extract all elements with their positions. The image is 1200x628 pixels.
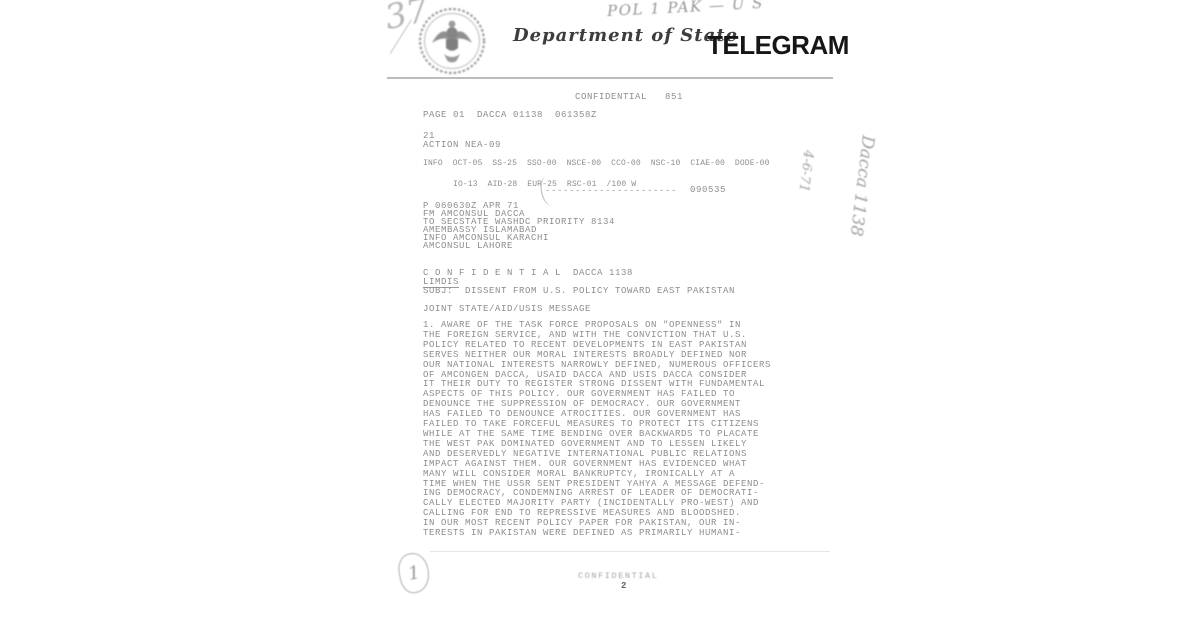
classification-header: CONFIDENTIAL 851 xyxy=(575,92,683,102)
telegram-scan-canvas: 37 POL 1 PAK — U S Department of State T… xyxy=(0,0,1200,628)
subject-line: SUBJ: DISSENT FROM U.S. POLICY TOWARD EA… xyxy=(423,286,735,296)
action-line: ACTION NEA-09 xyxy=(423,140,501,150)
info-addressee-lahore: AMCONSUL LAHORE xyxy=(423,241,513,251)
page-line: PAGE 01 DACCA 01138 061358Z xyxy=(423,110,597,120)
telegram-body-paragraph: 1. AWARE OF THE TASK FORCE PROPOSALS ON … xyxy=(423,321,795,539)
info-distribution-line-1: INFO OCT-05 SS-25 SSO-00 NSCE-00 CCO-00 … xyxy=(423,159,770,168)
body-line: TERESTS IN PAKISTAN WERE DEFINED AS PRIM… xyxy=(423,529,795,539)
scanned-telegram-page: 37 POL 1 PAK — U S Department of State T… xyxy=(385,0,835,628)
masthead-divider xyxy=(387,77,833,79)
handwritten-page-number-circle: 1 xyxy=(395,551,432,596)
handwritten-margin-note: Dacca 1138 4-6-71 xyxy=(749,123,916,280)
joint-message-line: JOINT STATE/AID/USIS MESSAGE xyxy=(423,304,591,314)
margin-note-date: 4-6-71 xyxy=(786,149,815,268)
separator-dashes: ---------------------- xyxy=(545,186,677,196)
footer-page-mark: 2 xyxy=(621,581,626,591)
department-of-state-seal-icon xyxy=(417,6,487,76)
handwritten-subject-code: POL 1 PAK — U S xyxy=(607,0,765,20)
agency-name-script: Department of State xyxy=(513,25,738,46)
journal-number: 090535 xyxy=(690,185,726,195)
document-type-label: TELEGRAM xyxy=(707,30,849,61)
classification-footer: CONFIDENTIAL xyxy=(578,571,658,581)
handwritten-page-number: 1 xyxy=(406,562,421,585)
scan-fold-line xyxy=(430,551,830,552)
margin-note-cable-id: Dacca 1138 xyxy=(841,134,878,275)
body-line: MANY WILL CONSIDER MORAL BANKRUPTCY, IRO… xyxy=(423,470,795,480)
